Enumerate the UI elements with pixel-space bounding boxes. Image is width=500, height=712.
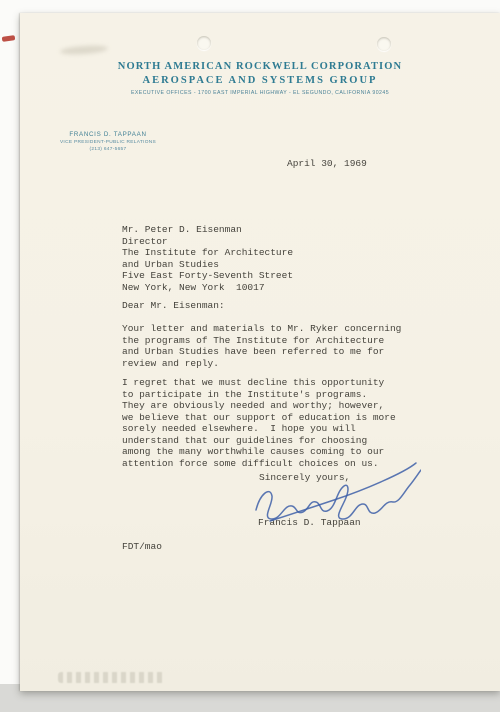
scanned-letter-page: NORTH AMERICAN ROCKWELL CORPORATION AERO…	[0, 0, 500, 712]
body-paragraph-1: Your letter and materials to Mr. Ryker c…	[122, 323, 401, 369]
sender-phone: (213) 647-5657	[48, 147, 168, 152]
red-edge-mark	[2, 35, 16, 42]
sender-name: FRANCIS D. TAPPAAN	[48, 131, 168, 138]
punch-hole-right	[377, 37, 391, 51]
salutation: Dear Mr. Eisenman:	[122, 300, 225, 312]
sender-identity-block: FRANCIS D. TAPPAAN VICE PRESIDENT-PUBLIC…	[48, 131, 168, 152]
recipient-address-block: Mr. Peter D. Eisenman Director The Insti…	[122, 224, 293, 293]
letter-paper: NORTH AMERICAN ROCKWELL CORPORATION AERO…	[20, 13, 500, 691]
letterhead-address-line: EXECUTIVE OFFICES - 1700 EAST IMPERIAL H…	[24, 90, 496, 96]
sender-title: VICE PRESIDENT-PUBLIC RELATIONS	[48, 140, 168, 145]
paper-smudge	[60, 44, 108, 55]
reference-initials: FDT/mao	[122, 541, 162, 553]
letterhead-division-name: AEROSPACE AND SYSTEMS GROUP	[24, 75, 496, 86]
punch-hole-left	[197, 36, 211, 50]
handwritten-signature	[246, 458, 421, 528]
letter-date: April 30, 1969	[287, 158, 367, 170]
letterhead: NORTH AMERICAN ROCKWELL CORPORATION AERO…	[24, 61, 496, 96]
faint-ink-offset-imprint	[58, 672, 166, 683]
letterhead-company-name: NORTH AMERICAN ROCKWELL CORPORATION	[24, 61, 496, 72]
body-paragraph-2: I regret that we must decline this oppor…	[122, 377, 396, 469]
